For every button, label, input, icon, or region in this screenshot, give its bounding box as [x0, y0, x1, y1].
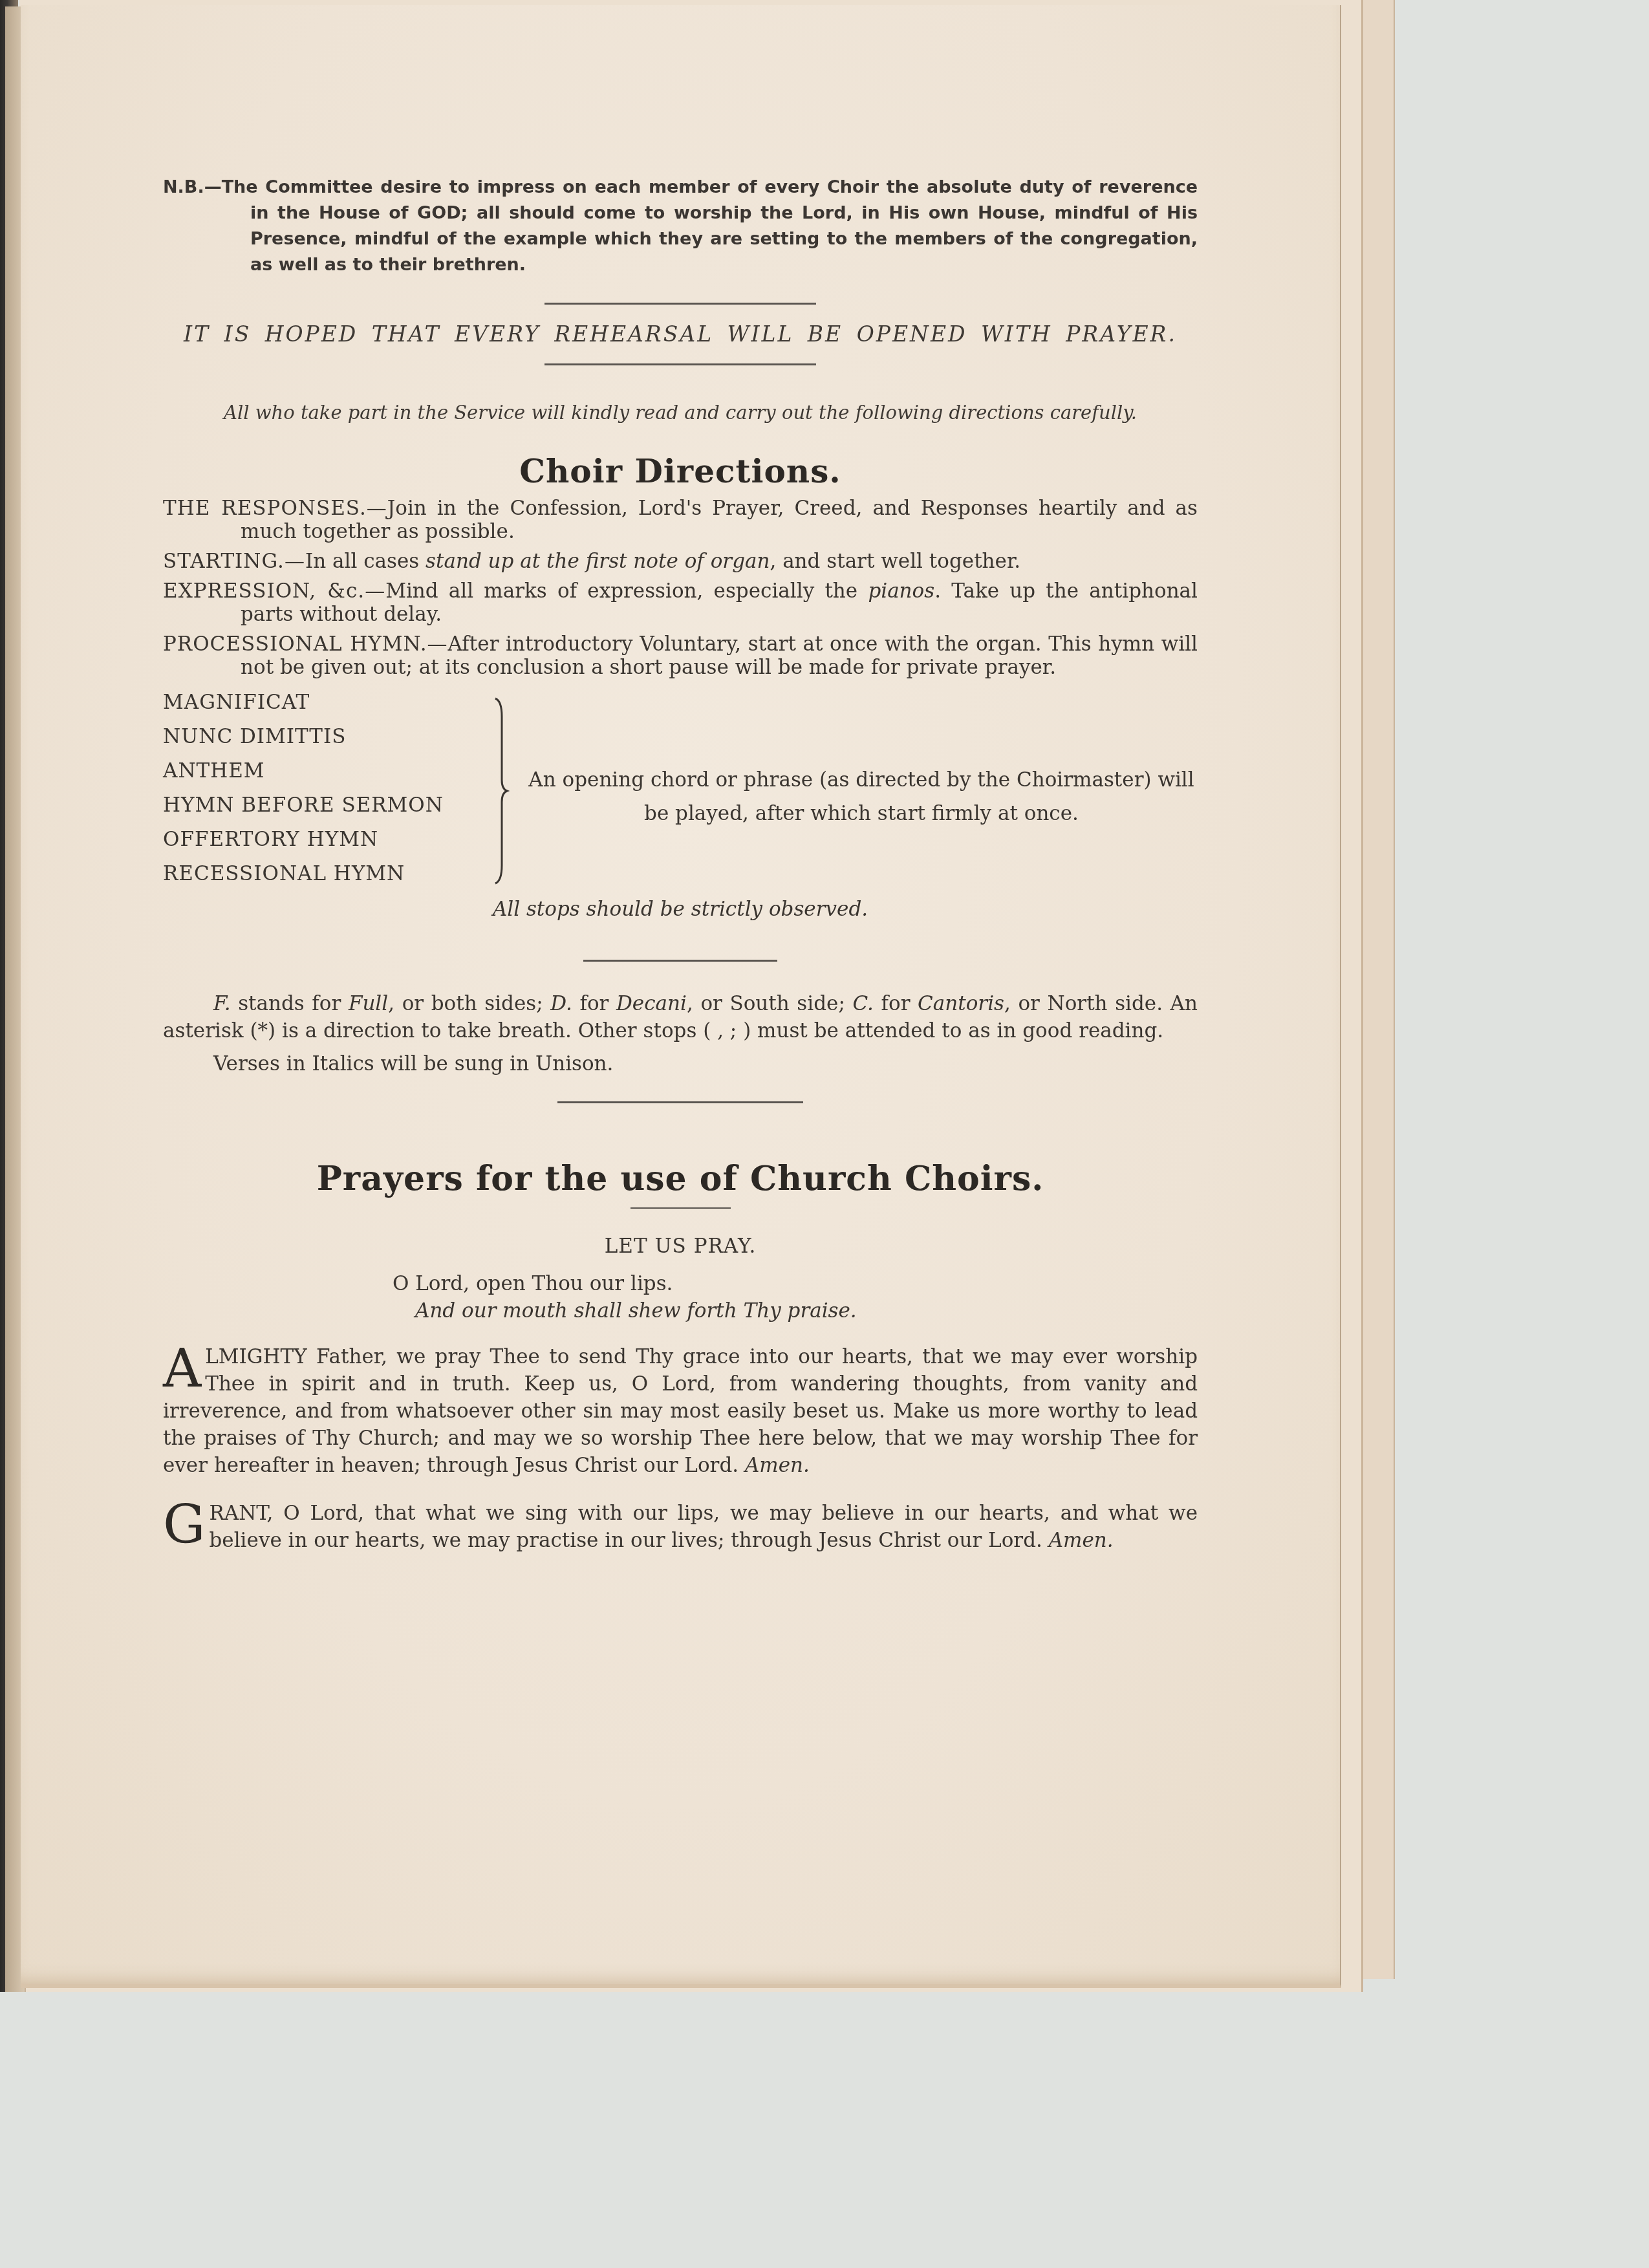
braced-item: HYMN BEFORE SERMON [163, 788, 444, 823]
nb-prefix: N.B.— [163, 177, 222, 197]
amen: Amen. [1049, 1529, 1114, 1552]
direction-italic: pianos [868, 579, 934, 603]
key-part: for [874, 992, 918, 1015]
amen: Amen. [745, 1454, 810, 1477]
prayer-grant: GRANT, O Lord, that what we sing with ou… [163, 1500, 1198, 1554]
key-part: D. [550, 992, 572, 1015]
direction-text: Mind all marks of expression, especially… [385, 579, 868, 603]
divider [544, 303, 816, 305]
document-page: N.B.—The Committee desire to impress on … [21, 5, 1341, 1988]
key-part: Decani [616, 992, 687, 1015]
key-part: Full [349, 992, 388, 1015]
braced-note: An opening chord or phrase (as directed … [525, 763, 1198, 830]
response: And our mouth shall shew forth Thy prais… [163, 1299, 1198, 1323]
braced-item: OFFERTORY HYMN [163, 823, 444, 857]
braced-items-block: MAGNIFICAT NUNC DIMITTIS ANTHEM HYMN BEF… [163, 686, 1198, 892]
divider [557, 1101, 803, 1103]
direction-expression: EXPRESSION, &c.—Mind all marks of expres… [163, 579, 1198, 626]
direction-responses: THE RESPONSES.—Join in the Confession, L… [163, 497, 1198, 543]
direction-lead: PROCESSIONAL HYMN.— [163, 632, 448, 656]
braced-item: ANTHEM [163, 754, 444, 788]
prayer-almighty: ALMIGHTY Father, we pray Thee to send Th… [163, 1343, 1198, 1479]
braced-item: NUNC DIMITTIS [163, 720, 444, 754]
let-us-pray: LET US PRAY. [163, 1235, 1198, 1258]
key-part: , or South side; [687, 992, 852, 1015]
dropcap: G [163, 1502, 210, 1549]
braced-item: RECESSIONAL HYMN [163, 857, 444, 891]
choir-directions-title: Choir Directions. [163, 452, 1198, 490]
direction-lead: EXPRESSION, &c.— [163, 579, 385, 603]
braced-item: MAGNIFICAT [163, 686, 444, 720]
key-part: for [572, 992, 616, 1015]
braced-items-list: MAGNIFICAT NUNC DIMITTIS ANTHEM HYMN BEF… [163, 686, 444, 891]
direction-text: , and start well together. [770, 550, 1020, 573]
direction-lead: THE RESPONSES.— [163, 497, 387, 520]
stops-note: All stops should be strictly observed. [163, 898, 1198, 921]
direction-starting: STARTING.—In all cases stand up at the f… [163, 550, 1198, 573]
prayers-title: Prayers for the use of Church Choirs. [163, 1159, 1198, 1198]
direction-processional: PROCESSIONAL HYMN.—After introductory Vo… [163, 632, 1198, 679]
direction-italic: stand up at the first note of organ [426, 550, 770, 573]
verses-note: Verses in Italics will be sung in Unison… [163, 1052, 1198, 1075]
divider [544, 363, 816, 365]
direction-lead: STARTING.— [163, 550, 305, 573]
prayer-text: LMIGHTY Father, we pray Thee to send Thy… [163, 1345, 1198, 1477]
divider [583, 960, 777, 962]
key-part: stands for [231, 992, 349, 1015]
key-part: C. [852, 992, 873, 1015]
notation-key: F. stands for Full, or both sides; D. fo… [163, 990, 1198, 1044]
dropcap: A [163, 1346, 205, 1392]
rehearsal-prayer-notice: IT IS HOPED THAT EVERY REHEARSAL WILL BE… [163, 321, 1198, 347]
key-part: , or both sides; [388, 992, 550, 1015]
key-part: Cantoris [918, 992, 1004, 1015]
brace-icon [493, 697, 519, 885]
directions-intro: All who take part in the Service will ki… [163, 402, 1198, 424]
divider [630, 1207, 731, 1209]
page-content: N.B.—The Committee desire to impress on … [163, 175, 1198, 1554]
nb-notice: N.B.—The Committee desire to impress on … [163, 175, 1198, 278]
nb-text: The Committee desire to impress on each … [222, 177, 1198, 275]
versicle: O Lord, open Thou our lips. [163, 1272, 1198, 1295]
key-part: F. [213, 992, 231, 1015]
direction-text: In all cases [305, 550, 426, 573]
